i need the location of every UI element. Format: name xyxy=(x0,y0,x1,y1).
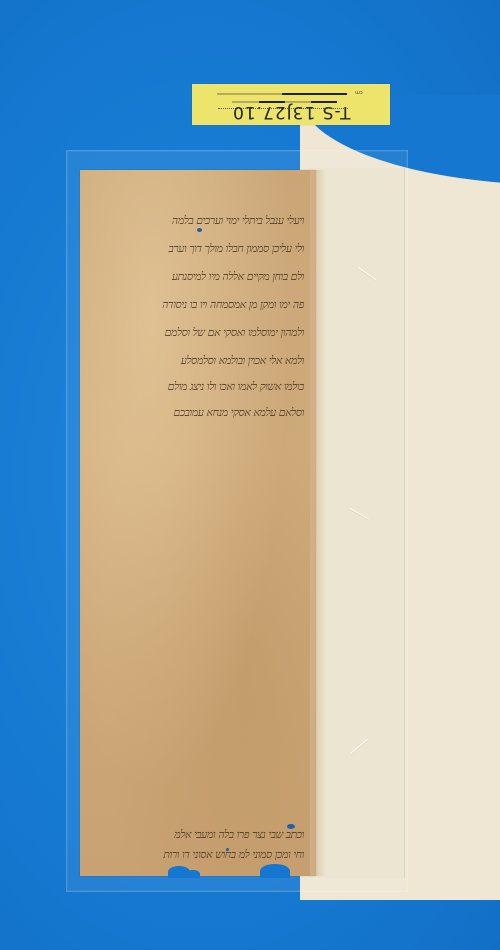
manuscript-fragment: ויעלי ענבל ביתלי ימוי וערכים בלמה ולי על… xyxy=(80,170,316,876)
scale-bar xyxy=(217,93,282,95)
text-line: ולמהון ימוסלמו ואסקי אם של וסלמם xyxy=(84,326,304,339)
text-line: ולי עליכן סממון חבלו מולך דוך וערב xyxy=(84,242,304,255)
text-line: וסלאם עלמא אסקי מנחא עמובכם xyxy=(104,406,304,419)
shelfmark-label: cm T-S 13J27.10 xyxy=(192,84,390,125)
stitch-mark xyxy=(358,267,377,280)
blue-spot xyxy=(226,848,229,851)
text-line: ולמא אלי אכוין ובולמא וסלמסלע xyxy=(94,354,304,367)
blue-spot xyxy=(287,824,295,829)
torn-edge xyxy=(260,864,290,878)
stitch-mark xyxy=(349,508,369,520)
text-line: פה ימו ומקן מן אמסמחה ויו בו ניסודה xyxy=(84,298,304,311)
text-line: וכתב שבי נצר פרו בלה ומעבי אלמ xyxy=(80,828,304,841)
scale-bar xyxy=(282,93,347,95)
text-line: ויעלי ענבל ביתלי ימוי וערכים בלמה xyxy=(84,214,304,227)
shelfmark-text: T-S 13J27.10 xyxy=(232,102,350,122)
text-line: כולמו אשוק לאמו ואכו ולו ניצג מולם xyxy=(94,380,304,393)
torn-edge xyxy=(186,870,200,878)
text-line: וחי ומכן סמוני למ בחוש אסוני דו ורות xyxy=(80,848,304,861)
scale-units: cm xyxy=(355,89,363,95)
blue-spot xyxy=(197,228,202,232)
stitch-mark xyxy=(350,739,367,754)
text-line: ולם בוחן מקיים אללה מיו למיסנתע xyxy=(84,270,304,283)
